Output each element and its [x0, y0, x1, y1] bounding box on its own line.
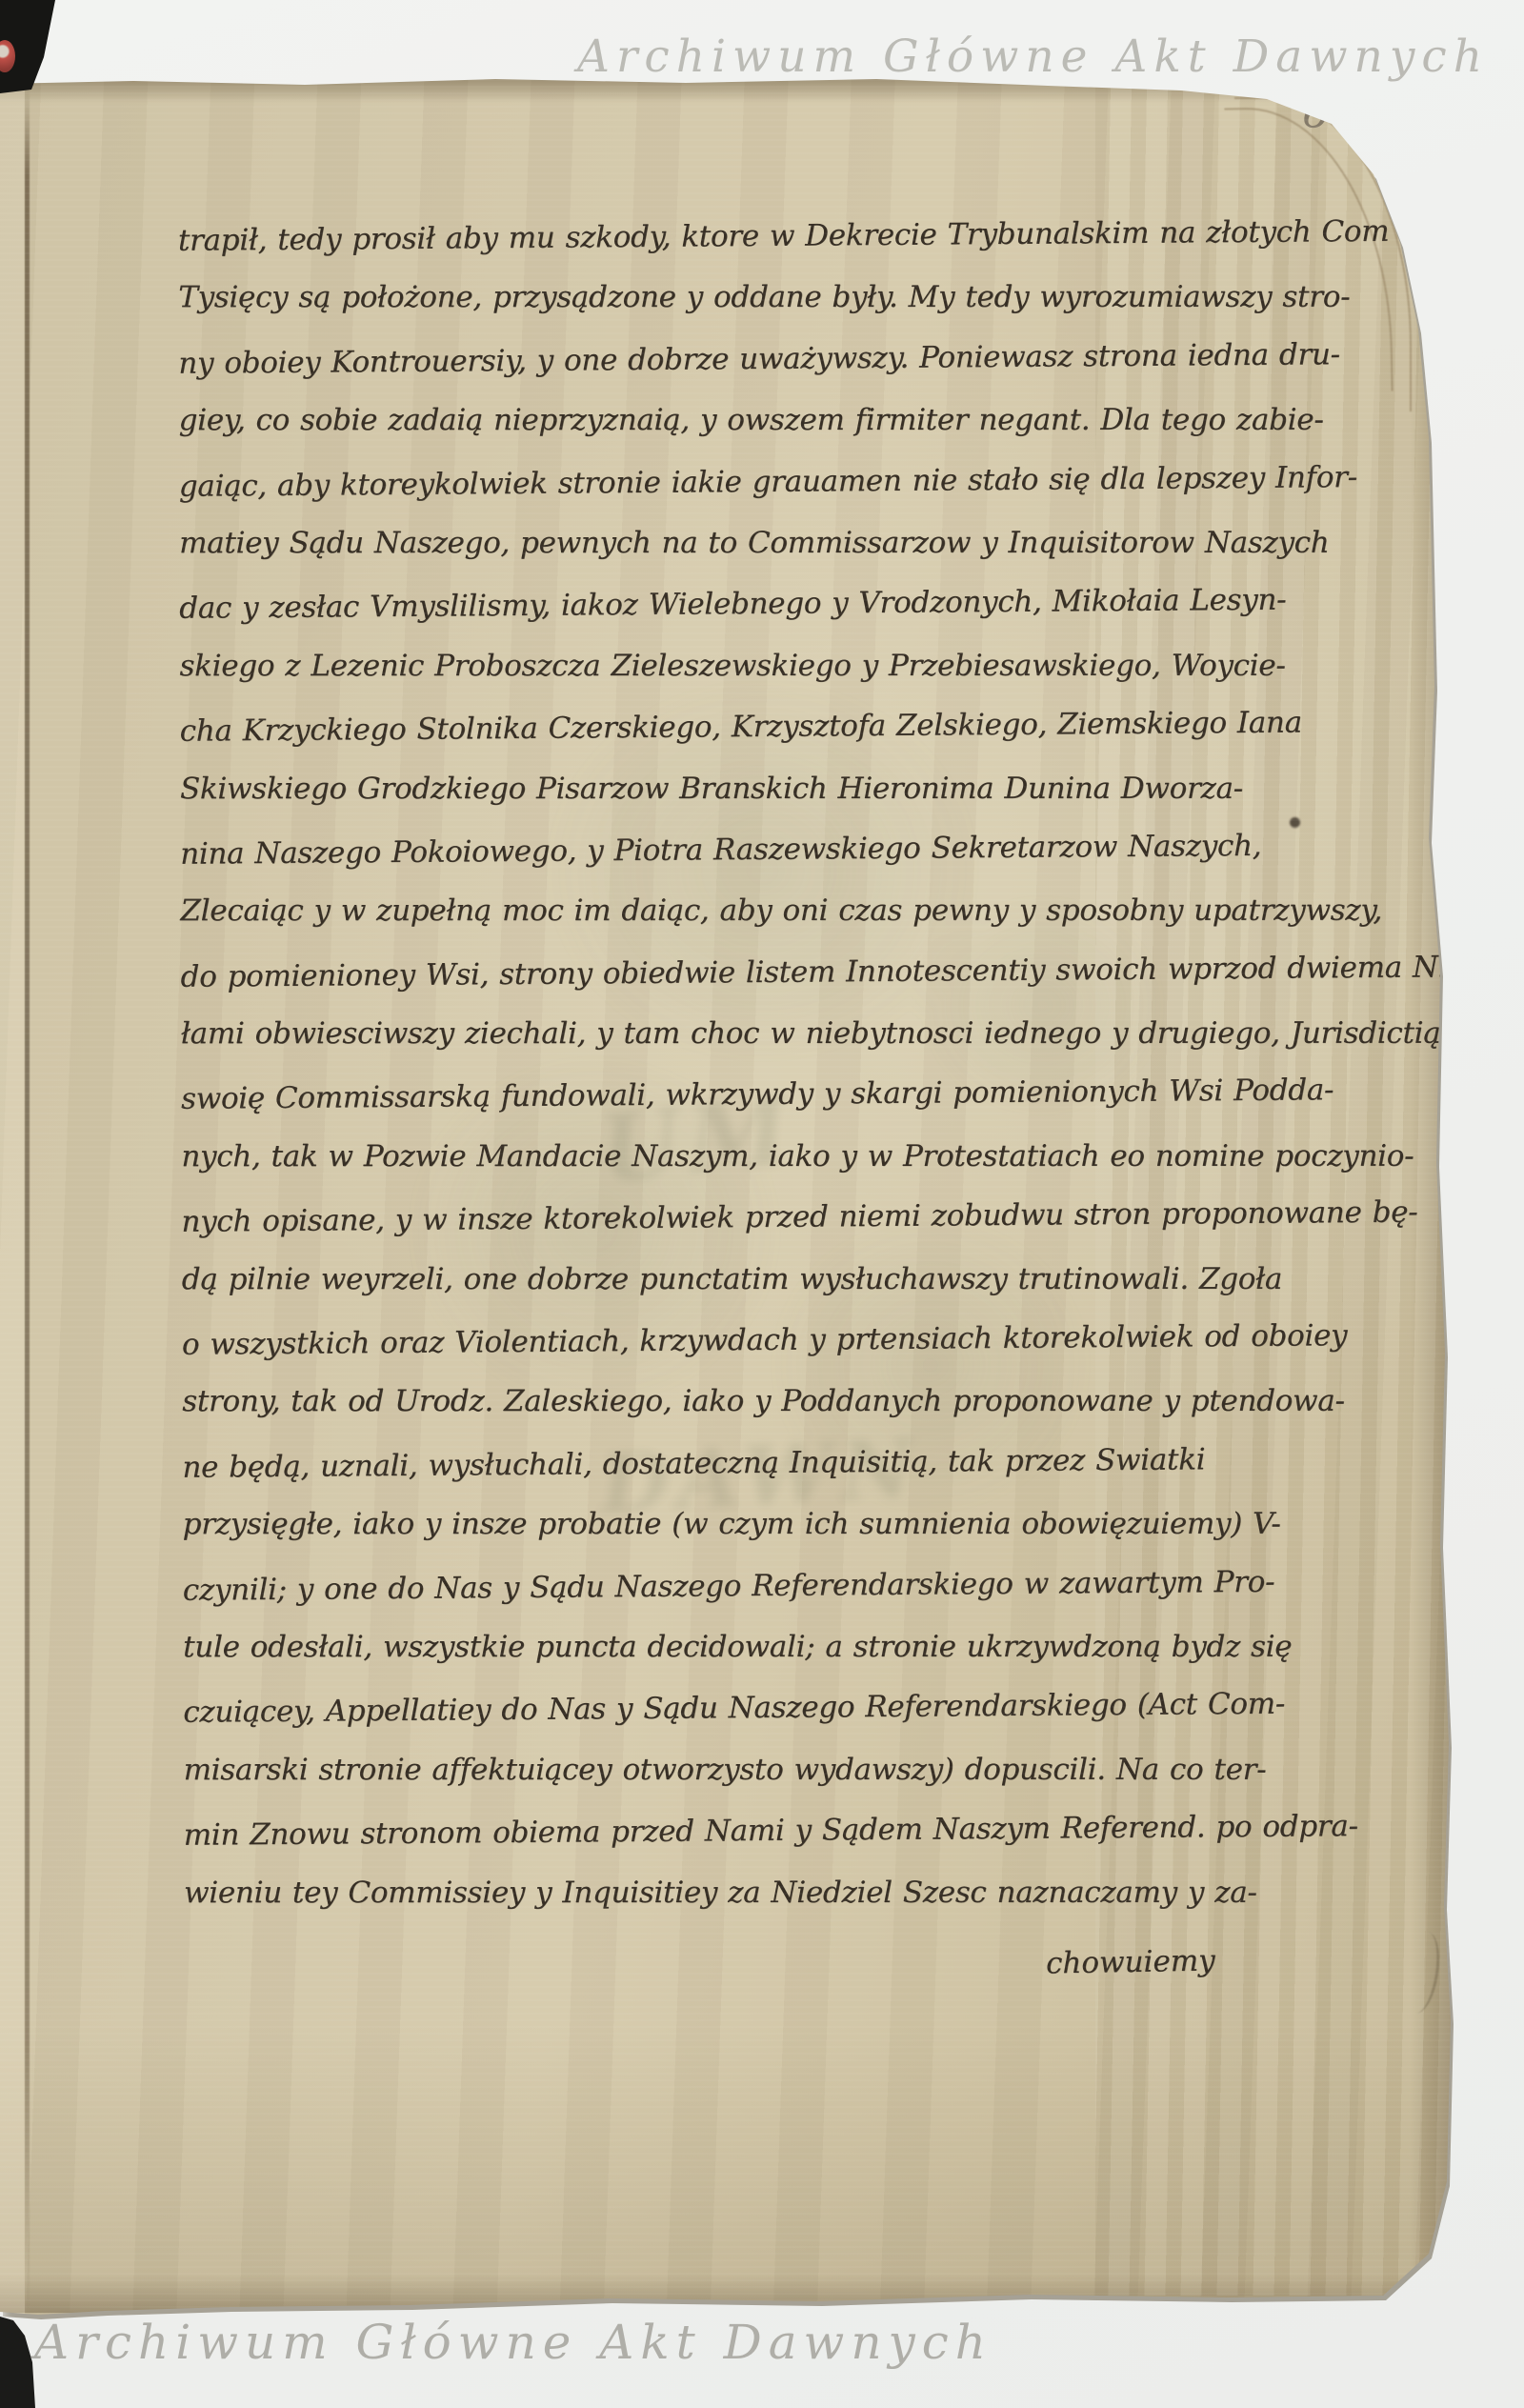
manuscript-text: trapił, tedy prosił aby mu szkody, ktore…: [178, 217, 1336, 1938]
manuscript-line: gaiąc, aby ktoreykolwiek stronie iakie g…: [179, 460, 1332, 531]
manuscript-line: nych, tak w Pozwie Mandacie Naszym, iako…: [181, 1139, 1333, 1201]
gutter-margin: [0, 81, 25, 2315]
manuscript-line: strony, tak od Urodz. Zaleskiego, iako y…: [182, 1384, 1334, 1446]
margin-mark: [1399, 1930, 1444, 2016]
manuscript-line: swoię Commissarską fundowali, wkrzywdy y…: [181, 1074, 1333, 1144]
manuscript-line: cha Krzyckiego Stolnika Czerskiego, Krzy…: [180, 705, 1333, 775]
show-through-letters: DAWN: [598, 1420, 924, 1531]
scan-background: { "watermark": { "text": "Archiwum Główn…: [0, 0, 1524, 2408]
manuscript-line: matiey Sądu Naszego, pewnych na to Commi…: [179, 526, 1332, 588]
manuscript-line: trapił, tedy prosił aby mu szkody, ktore…: [178, 214, 1331, 285]
page-number: 6: [1299, 88, 1333, 140]
manuscript-line: giey, co sobie zadaią nieprzyznaią, y ow…: [179, 403, 1332, 465]
archive-watermark-top: Archiwum Główne Akt Dawnych: [577, 30, 1489, 83]
show-through-letters: UM: [595, 1076, 802, 1204]
verso-show-through: UM DAWN: [314, 533, 1248, 1657]
manuscript-line: skiego z Lezenic Proboszcza Zieleszewski…: [180, 649, 1333, 711]
manuscript-line: wieniu tey Commissiey y Inquisitiey za N…: [184, 1875, 1336, 1936]
manuscript-page: UM DAWN 6 trapił, tedy prosił aby mu szk…: [0, 0, 1524, 2408]
catchword: chowuiemy: [1046, 1943, 1215, 1980]
manuscript-line: ny oboiey Kontrouersiy, y one dobrze uwa…: [178, 337, 1331, 408]
manuscript-line: dą pilnie weyrzeli, one dobrze punctatim…: [182, 1261, 1334, 1323]
manuscript-line: Skiwskiego Grodzkiego Pisarzow Branskich…: [180, 771, 1333, 833]
manuscript-line: do pomienioney Wsi, strony obiedwie list…: [180, 951, 1333, 1021]
manuscript-line: czuiącey, Appellatiey do Nas y Sądu Nasz…: [183, 1687, 1335, 1757]
gutter-crease: [25, 86, 30, 2309]
manuscript-line: nych opisane, y w insze ktorekolwiek prz…: [181, 1195, 1333, 1266]
manuscript-line: ne będą, uznali, wysłuchali, dostateczną…: [182, 1441, 1334, 1512]
manuscript-line: czynili; y one do Nas y Sądu Naszego Ref…: [183, 1564, 1335, 1635]
page-bottom-edge-shading: [0, 2275, 1448, 2313]
manuscript-line: o wszystkich oraz Violentiach, krzywdach…: [182, 1318, 1334, 1389]
manuscript-line: misarski stronie affektuiącey otworzysto…: [184, 1753, 1336, 1815]
worn-corner-edge: [1234, 97, 1412, 411]
manuscript-line: łami obwiesciwszy ziechali, y tam choc w…: [181, 1016, 1333, 1078]
manuscript-line: nina Naszego Pokoiowego, y Piotra Raszew…: [180, 828, 1333, 898]
page-right-edge-shading: [1410, 286, 1453, 2267]
archive-watermark-bottom: Archiwum Główne Akt Dawnych: [34, 2315, 993, 2370]
manuscript-line: Zlecaiąc y w zupełną moc im daiąc, aby o…: [180, 893, 1333, 955]
manuscript-line: przysięgłe, iako y insze probatie (w czy…: [183, 1507, 1335, 1569]
manuscript-line: Tysięcy są położone, przysądzone y oddan…: [178, 280, 1331, 342]
page-curvature-shading: [1095, 86, 1453, 2296]
manuscript-line: min Znowu stronom obiema przed Nami y Są…: [184, 1809, 1336, 1879]
ink-spot: [1290, 817, 1300, 828]
binding-spine-bottom: [0, 2317, 36, 2408]
worn-corner-edge: [1224, 106, 1393, 394]
manuscript-line: tule odesłali, wszystkie puncta decidowa…: [183, 1630, 1335, 1692]
manuscript-line: dac y zesłac Vmyslilismy, iakoz Wielebne…: [179, 583, 1332, 653]
